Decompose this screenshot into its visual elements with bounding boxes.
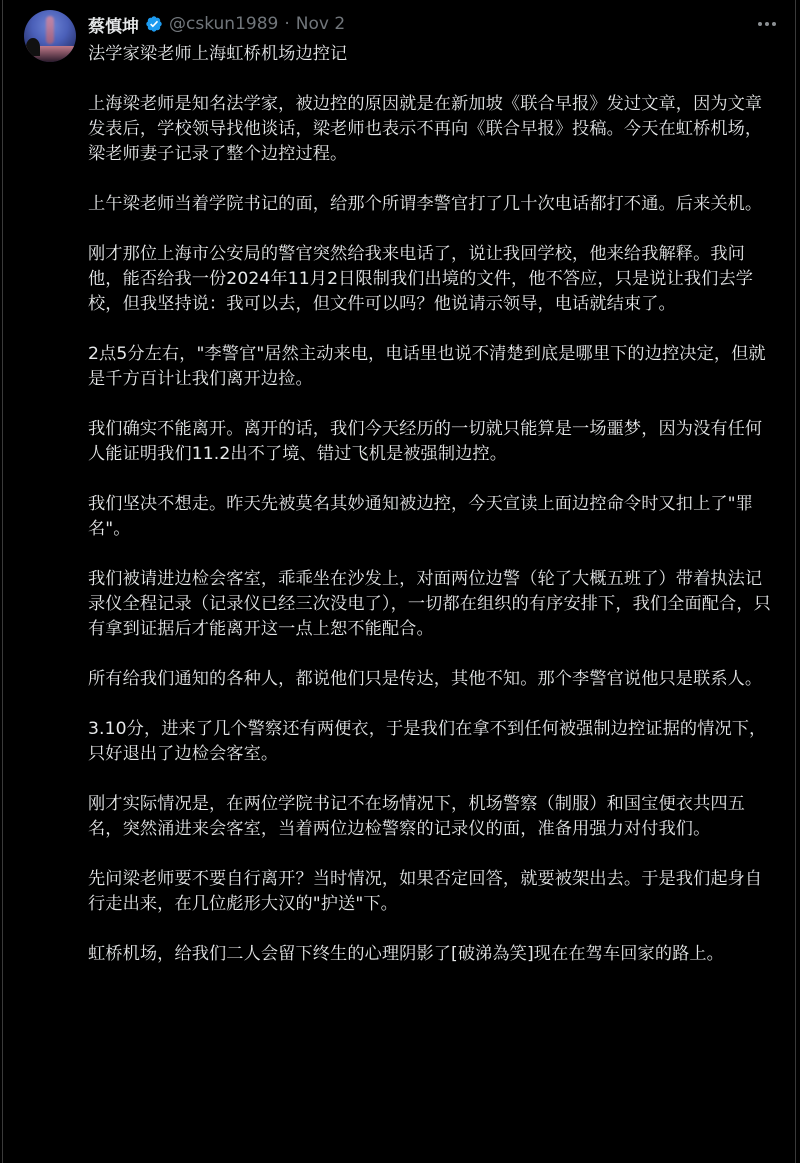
- tweet-paragraph: 上午梁老师当着学院书记的面，给那个所谓李警官打了几十次电话都打不通。后来关机。: [88, 192, 773, 217]
- header-separator: ·: [284, 14, 289, 34]
- tweet-paragraph: 虹桥机场，给我们二人会留下终生的心理阴影了[破涕為笑]现在在驾车回家的路上。: [88, 942, 773, 967]
- tweet-text: 法学家梁老师上海虹桥机场边控记 上海梁老师是知名法学家，被边控的原因就是在新加坡…: [88, 42, 773, 992]
- tweet-date[interactable]: Nov 2: [296, 14, 345, 34]
- tweet-paragraph: 上海梁老师是知名法学家，被边控的原因就是在新加坡《联合早报》发过文章，因为文章发…: [88, 92, 773, 167]
- tweet-paragraph: 3.10分，进来了几个警察还有两便衣，于是我们在拿不到任何被强制边控证据的情况下…: [88, 717, 773, 767]
- tweet-header: 蔡慎坤 @cskun1989 · Nov 2: [88, 12, 345, 36]
- tweet-paragraph: 刚才实际情况是，在两位学院书记不在场情况下，机场警察（制服）和国宝便衣共四五名，…: [88, 792, 773, 842]
- tweet-paragraph: 2点5分左右，"李警官"居然主动来电，电话里也说不清楚到底是哪里下的边控决定，但…: [88, 342, 773, 392]
- more-horizontal-icon: [772, 22, 776, 26]
- tweet-paragraph: 先问梁老师要不要自行离开？当时情况，如果否定回答，就要被架出去。于是我们起身自行…: [88, 867, 773, 917]
- verified-badge-icon: [145, 15, 163, 33]
- avatar[interactable]: [24, 10, 76, 62]
- tweet-paragraph: 我们坚决不想走。昨天先被莫名其妙通知被边控，今天宣读上面边控命令时又扣上了"罪名…: [88, 492, 773, 542]
- author-display-name[interactable]: 蔡慎坤: [88, 12, 139, 37]
- more-horizontal-icon: [765, 22, 769, 26]
- tweet-paragraph: 我们被请进边检会客室，乖乖坐在沙发上，对面两位边警（轮了大概五班了）带着执法记录…: [88, 567, 773, 642]
- tweet-title: 法学家梁老师上海虹桥机场边控记: [88, 42, 773, 67]
- more-options-button[interactable]: [752, 16, 782, 32]
- more-horizontal-icon: [758, 22, 762, 26]
- tweet-paragraph: 所有给我们通知的各种人，都说他们只是传达，其他不知。那个李警官说他只是联系人。: [88, 667, 773, 692]
- tweet-paragraph: 我们确实不能离开。离开的话，我们今天经历的一切就只能算是一场噩梦，因为没有任何人…: [88, 417, 773, 467]
- tweet-paragraph: 刚才那位上海市公安局的警官突然给我来电话了，说让我回学校，他来给我解释。我问他，…: [88, 242, 773, 317]
- author-handle[interactable]: @cskun1989: [169, 14, 278, 34]
- avatar-light-streak: [46, 16, 54, 44]
- tweet[interactable]: 蔡慎坤 @cskun1989 · Nov 2 法学家梁老师上海虹桥机场边控记 上…: [0, 0, 800, 1163]
- avatar-tree-silhouette: [26, 38, 40, 56]
